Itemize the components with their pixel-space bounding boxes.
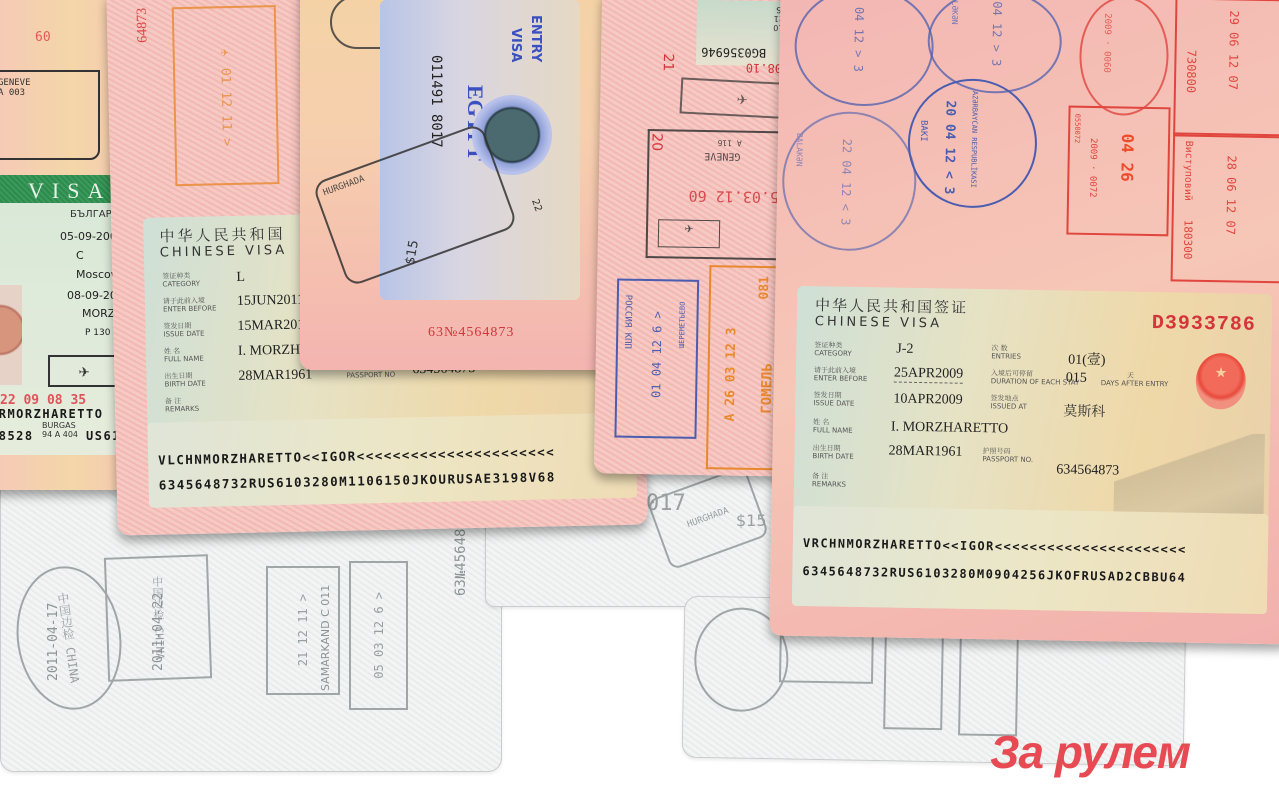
azerbaijan-stamp-2: 04 12 > 3 bbox=[794, 0, 935, 107]
field-surname: MORZ bbox=[82, 310, 115, 318]
value-category: J-2 bbox=[896, 342, 913, 358]
value-full-name: I. MORZHARETTO bbox=[891, 420, 1008, 438]
label-days-after-entry: 天DAYS AFTER ENTRY bbox=[1101, 371, 1169, 388]
egypt-serial-faded: 017 bbox=[646, 491, 686, 516]
china-emblem: ★ bbox=[1195, 353, 1246, 410]
orange-entry-stamp: ✈ 01 12 11 > bbox=[172, 5, 280, 186]
label-entries: 次 数ENTRIES bbox=[991, 344, 1021, 361]
label-birth-date: 出生日期BIRTH DATE bbox=[164, 372, 206, 389]
label-issue-date: 签发日期ISSUE DATE bbox=[813, 391, 854, 408]
page-number-21: 21 bbox=[660, 53, 676, 71]
china-red-stamp-rect: 0550072 2009 · 0072 04 26 bbox=[1066, 106, 1170, 237]
label-enter-before: 请于此前入境ENTER BEFORE bbox=[163, 296, 217, 313]
mrz-line-1: VRCHNMORZHARETTO<<IGOR<<<<<<<<<<<<<<<<<<… bbox=[803, 536, 1187, 557]
geneve-stamp-left: GENEVE A 003 bbox=[0, 70, 100, 160]
passport-egypt-visa: 011491 8017 EGYPT ENTRY VISA HURGHADA 22… bbox=[300, 0, 618, 370]
azerbaijan-stamp-3: LƏKƏN 04 12 > 3 bbox=[927, 0, 1063, 94]
price-faded: $15 bbox=[736, 511, 767, 530]
label-issue-date: 签发日期ISSUE DATE bbox=[163, 322, 204, 339]
top-stamp-number: 60 bbox=[35, 30, 51, 45]
mrz-line-2: 6345648732RUS6103280M1106150JKOURUSAE319… bbox=[159, 469, 556, 492]
burgas-stamp-left: BURGAS 94 A 404 bbox=[42, 421, 78, 439]
schengen-mrz-2: 58528 bbox=[0, 429, 34, 443]
visa-number: D3933786 bbox=[1152, 312, 1256, 337]
value-enter-before: 25APR2009 bbox=[894, 366, 964, 384]
field-type: C bbox=[76, 252, 84, 260]
egypt-passport-serial: 63№4564873 bbox=[428, 325, 514, 341]
chinese-visa-sticker-j2: 中华人民共和国签证 CHINESE VISA D3933786 ★ 签证种类CA… bbox=[792, 286, 1273, 614]
label-passport-no: 护照号码PASSPORT NO. bbox=[982, 447, 1033, 464]
mrz-zone-j2: VRCHNMORZHARETTO<<IGOR<<<<<<<<<<<<<<<<<<… bbox=[792, 506, 1269, 614]
mrz-line-2: 6345648732RUS6103280M0904256JKOFRUSAD2CB… bbox=[802, 564, 1186, 585]
egypt-serial: 011491 8017 bbox=[428, 55, 444, 148]
label-full-name: 姓 名FULL NAME bbox=[813, 418, 853, 435]
value-birth-date: 28MAR1961 bbox=[888, 443, 962, 460]
visa-title-en: CHINESE VISA bbox=[815, 314, 943, 331]
schengen-mrz-1: GRMORZHARETTO bbox=[0, 407, 103, 421]
ukraine-stamp-top: 730800 29 06 12 07 bbox=[1173, 0, 1279, 139]
azerbaijan-stamp-4: 22 04 12 < 3 BALAKƏN bbox=[781, 111, 917, 252]
value-enter-before: 15JUN2011 bbox=[237, 293, 304, 310]
value-passport-no: 634564873 bbox=[1056, 462, 1119, 479]
label-remarks: 备 注REMARKS bbox=[812, 472, 846, 489]
value-issued-at: 莫斯科 bbox=[1063, 401, 1105, 422]
russia-kpp-stamp: РОССИЯ КПП 01 04 12 6 > ШЕРЕМЕТЬЕВО bbox=[614, 278, 699, 438]
airplane-stamp: ✈ bbox=[48, 355, 120, 387]
label-category: 签证种类CATEGORY bbox=[814, 341, 852, 358]
label-passport-no: PASSPORT NO bbox=[346, 371, 395, 380]
za-rulem-logo: За рулем bbox=[990, 725, 1190, 779]
china-red-stamp-oval: 2009 · 0060 bbox=[1078, 0, 1169, 116]
visa-header-label: VISA bbox=[28, 178, 111, 204]
mrz-zone-l: VLCHNMORZHARETTO<<IGOR<<<<<<<<<<<<<<<<<<… bbox=[147, 413, 637, 508]
passport-chinese-visa-j2: AZƏRBAYCAN RESPUBLİKASI 20 04 12 < 3 BAK… bbox=[769, 0, 1279, 644]
label-issued-at: 签发地点ISSUED AT bbox=[990, 394, 1027, 411]
label-full-name: 姓 名FULL NAME bbox=[164, 347, 204, 364]
china-stamp2-date: 2011-04-22 bbox=[151, 593, 166, 671]
value-duration: 015 bbox=[1066, 371, 1087, 387]
label-birth-date: 出生日期BIRTH DATE bbox=[812, 444, 853, 461]
value-birth-date: 28MAR1961 bbox=[238, 367, 312, 385]
value-issue-date: 10APR2009 bbox=[893, 392, 963, 409]
egypt-entry-label: ENTRY bbox=[528, 15, 543, 62]
visa-title-en: CHINESE VISA bbox=[160, 243, 288, 261]
label-remarks: 备 注REMARKS bbox=[165, 397, 199, 414]
china-stamp1-date: 2011-04-17 bbox=[46, 603, 61, 681]
faded-passport-serial: 63№45648 bbox=[453, 529, 469, 596]
page-number-vertical: 64873 bbox=[135, 8, 152, 43]
ukraine-stamp-bottom: Виступовий 180300 28 06 12 07 bbox=[1171, 132, 1279, 283]
visa-photo bbox=[0, 285, 22, 385]
label-category: 签证种类CATEGORY bbox=[162, 272, 200, 289]
samarkand-label: SAMARKAND C 011 bbox=[319, 585, 332, 691]
field-country: БЪЛГАР bbox=[70, 211, 112, 219]
mrz-line-1: VLCHNMORZHARETTO<<IGOR<<<<<<<<<<<<<<<<<<… bbox=[158, 444, 555, 467]
hurghada-day: 22 bbox=[529, 198, 544, 214]
red-date-stamp: 22 09 08 35 bbox=[0, 393, 86, 408]
egypt-visa-sticker: 011491 8017 EGYPT ENTRY VISA HURGHADA 22… bbox=[380, 0, 580, 300]
field-from: 05-09-200 bbox=[60, 233, 117, 241]
field-remarks: P 130 bbox=[85, 329, 110, 337]
value-entries: 01(壹) bbox=[1068, 349, 1106, 370]
azerbaijan-stamp-1: AZƏRBAYCAN RESPUBLİKASI 20 04 12 < 3 BAK… bbox=[907, 78, 1038, 209]
label-enter-before: 请于此前入境ENTER BEFORE bbox=[814, 366, 868, 383]
bg-number: BG0356946 bbox=[701, 45, 766, 60]
field-until: 08-09-20 bbox=[67, 292, 117, 300]
value-category: L bbox=[236, 270, 245, 286]
russia-kpp-stamp-faded: 05 03 12 6 > bbox=[349, 561, 408, 710]
egypt-visa-label: VISA bbox=[508, 28, 523, 62]
